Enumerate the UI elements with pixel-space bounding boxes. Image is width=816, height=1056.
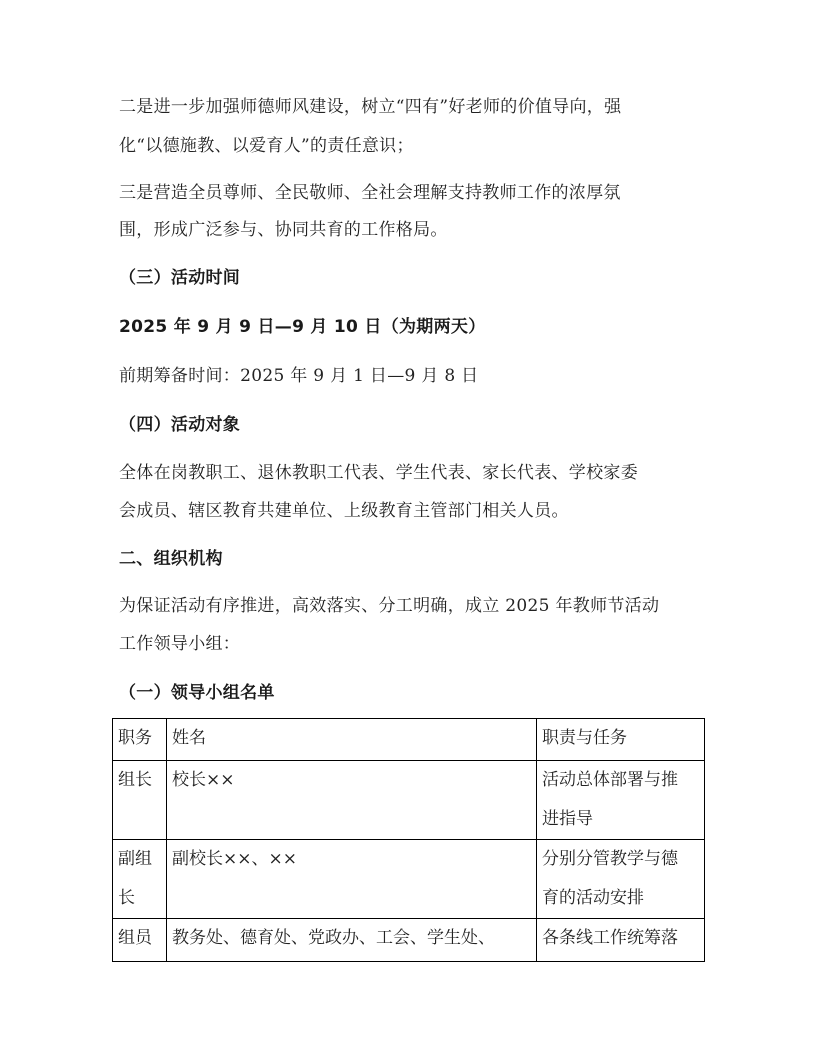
header-cell-name: 姓名 xyxy=(167,719,537,761)
subheading-leadership-list: （一）领导小组名单 xyxy=(119,683,275,703)
org-intro-line: 为保证活动有序推进，高效落实、分工明确，成立 2025 年教师节活动 xyxy=(119,596,659,616)
paragraph-line: 三是营造全员尊师、全民敬师、全社会理解支持教师工作的浓厚氛 xyxy=(119,183,621,203)
paragraph-line: 围，形成广泛参与、协同共育的工作格局。 xyxy=(119,220,448,240)
leadership-table: 职务 姓名 职责与任务 组长 校长×× 活动总体部署与推进指导 副组长 副校长×… xyxy=(112,718,705,962)
header-cell-role: 职务 xyxy=(113,719,167,761)
document-page: 二是进一步加强师德师风建设，树立“四有”好老师的价值导向，强 化“以德施教、以爱… xyxy=(0,0,816,1056)
cell-name: 教务处、德育处、党政办、工会、学生处、 xyxy=(167,919,537,962)
paragraph-line: 化“以德施教、以爱育人”的责任意识； xyxy=(119,136,414,156)
table-header-row: 职务 姓名 职责与任务 xyxy=(113,719,705,761)
table-row: 副组长 副校长××、×× 分别分管教学与德育的活动安排 xyxy=(113,840,705,919)
org-intro-line: 工作领导小组： xyxy=(119,634,240,654)
prep-dates: 前期筹备时间：2025 年 9 月 1 日—9 月 8 日 xyxy=(119,366,478,386)
cell-role: 组员 xyxy=(113,919,167,962)
cell-role: 副组长 xyxy=(113,840,167,919)
cell-duty: 分别分管教学与德育的活动安排 xyxy=(537,840,705,919)
audience-line: 全体在岗教职工、退休教职工代表、学生代表、家长代表、学校家委 xyxy=(119,463,638,483)
cell-role: 组长 xyxy=(113,761,167,840)
section-heading-audience: （四）活动对象 xyxy=(119,415,240,435)
header-cell-duty: 职责与任务 xyxy=(537,719,705,761)
cell-name: 副校长××、×× xyxy=(167,840,537,919)
audience-line: 会成员、辖区教育共建单位、上级教育主管部门相关人员。 xyxy=(119,501,569,521)
paragraph-line: 二是进一步加强师德师风建设，树立“四有”好老师的价值导向，强 xyxy=(119,97,621,117)
cell-name: 校长×× xyxy=(167,761,537,840)
section-heading-time: （三）活动时间 xyxy=(119,268,240,288)
activity-dates: 2025 年 9 月 9 日—9 月 10 日（为期两天） xyxy=(119,317,486,337)
cell-duty: 各条线工作统筹落 xyxy=(537,919,705,962)
cell-duty: 活动总体部署与推进指导 xyxy=(537,761,705,840)
table-row: 组长 校长×× 活动总体部署与推进指导 xyxy=(113,761,705,840)
table-row: 组员 教务处、德育处、党政办、工会、学生处、 各条线工作统筹落 xyxy=(113,919,705,962)
section-heading-org: 二、组织机构 xyxy=(119,549,223,569)
